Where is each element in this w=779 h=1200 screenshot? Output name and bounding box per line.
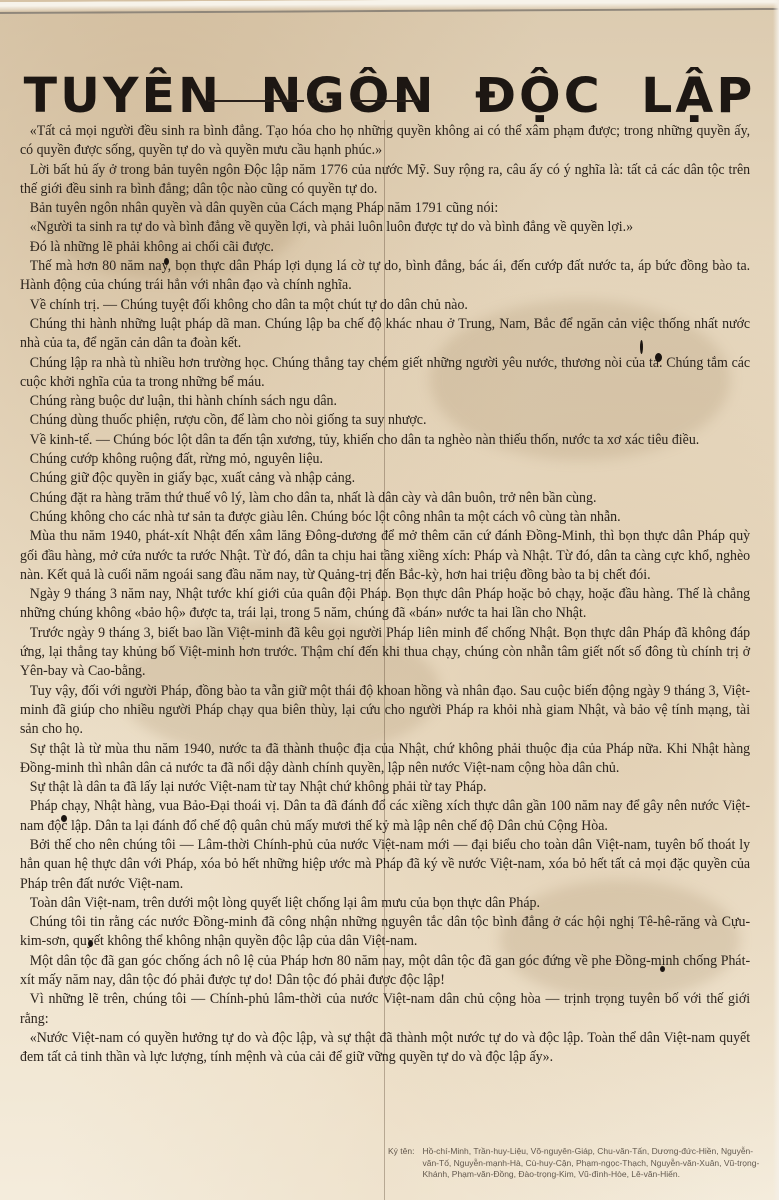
document-paragraph: Chúng dùng thuốc phiện, rượu cồn, để làm… xyxy=(20,411,750,430)
ink-blot xyxy=(640,340,643,354)
document-paragraph: Vì những lẽ trên, chúng tôi — Chính-phủ … xyxy=(20,990,750,1029)
document-paragraph: Đó là những lẽ phải không ai chối cãi đư… xyxy=(20,238,750,257)
document-paragraph: Một dân tộc đã gan góc chống ách nô lệ c… xyxy=(20,952,750,991)
document-paragraph: Lời bất hủ ấy ở trong bản tuyên ngôn Độc… xyxy=(20,161,750,200)
signature-block: Ký tên: Hồ-chí-Minh, Trần-huy-Liệu, Võ-n… xyxy=(388,1146,767,1181)
document-body: «Tất cả mọi người đều sinh ra bình đẳng.… xyxy=(20,122,750,1068)
paper-right-edge xyxy=(773,0,779,1200)
document-paragraph: Ngày 9 tháng 3 năm nay, Nhật tước khí gi… xyxy=(20,585,750,624)
ink-blot xyxy=(660,966,665,972)
document-paragraph: Mùa thu năm 1940, phát-xít Nhật đến xâm … xyxy=(20,527,750,585)
torn-top-edge xyxy=(0,0,779,14)
document-paragraph: «Tất cả mọi người đều sinh ra bình đẳng.… xyxy=(20,122,750,161)
document-paragraph: Sự thật là dân ta đã lấy lại nước Việt-n… xyxy=(20,778,750,797)
document-paragraph: Về kinh-tế. — Chúng bóc lột dân ta đến t… xyxy=(20,431,750,450)
title-underline-dots: ••• xyxy=(310,97,337,108)
document-title: TUYÊN NGÔN ĐỘC LẬP xyxy=(0,68,779,124)
ink-blot xyxy=(164,258,169,265)
signature-names: Hồ-chí-Minh, Trần-huy-Liệu, Võ-nguyên-Gi… xyxy=(422,1146,767,1181)
document-paragraph: Thế mà hơn 80 năm nay, bọn thực dân Pháp… xyxy=(20,257,750,296)
ink-blot xyxy=(61,815,67,822)
document-paragraph: Bản tuyên ngôn nhân quyền và dân quyền c… xyxy=(20,199,750,218)
document-paragraph: «Nước Việt-nam có quyền hưởng tự do và đ… xyxy=(20,1029,750,1068)
ink-blot xyxy=(655,353,662,362)
document-paragraph: Tuy vậy, đối với người Pháp, đồng bào ta… xyxy=(20,682,750,740)
document-paragraph: Chúng tôi tin rằng các nước Đồng-minh đã… xyxy=(20,913,750,952)
document-paragraph: Về chính trị. — Chúng tuyệt đối không ch… xyxy=(20,296,750,315)
document-page: TUYÊN NGÔN ĐỘC LẬP ••• «Tất cả mọi người… xyxy=(0,0,779,1200)
document-paragraph: Chúng đặt ra hàng trăm thứ thuế vô lý, l… xyxy=(20,489,750,508)
document-paragraph: Pháp chạy, Nhật hàng, vua Bảo-Đại thoái … xyxy=(20,797,750,836)
document-paragraph: Chúng không cho các nhà tư sản ta được g… xyxy=(20,508,750,527)
document-paragraph: Chúng cướp không ruộng đất, rừng mỏ, ngu… xyxy=(20,450,750,469)
title-underline-right xyxy=(352,100,418,102)
document-paragraph: Chúng giữ độc quyền in giấy bạc, xuất cả… xyxy=(20,469,750,488)
title-underline-left xyxy=(208,100,304,102)
signature-label: Ký tên: xyxy=(388,1146,414,1181)
document-paragraph: «Người ta sinh ra tự do và bình đẳng về … xyxy=(20,218,750,237)
ink-blot xyxy=(88,940,93,947)
document-paragraph: Chúng lập ra nhà tù nhiều hơn trường học… xyxy=(20,354,750,393)
document-paragraph: Toàn dân Việt-nam, trên dưới một lòng qu… xyxy=(20,894,750,913)
document-paragraph: Trước ngày 9 tháng 3, biết bao lần Việt-… xyxy=(20,624,750,682)
document-paragraph: Chúng ràng buộc dư luận, thi hành chính … xyxy=(20,392,750,411)
document-paragraph: Sự thật là từ mùa thu năm 1940, nước ta … xyxy=(20,740,750,779)
document-paragraph: Bởi thế cho nên chúng tôi — Lâm-thời Chí… xyxy=(20,836,750,894)
